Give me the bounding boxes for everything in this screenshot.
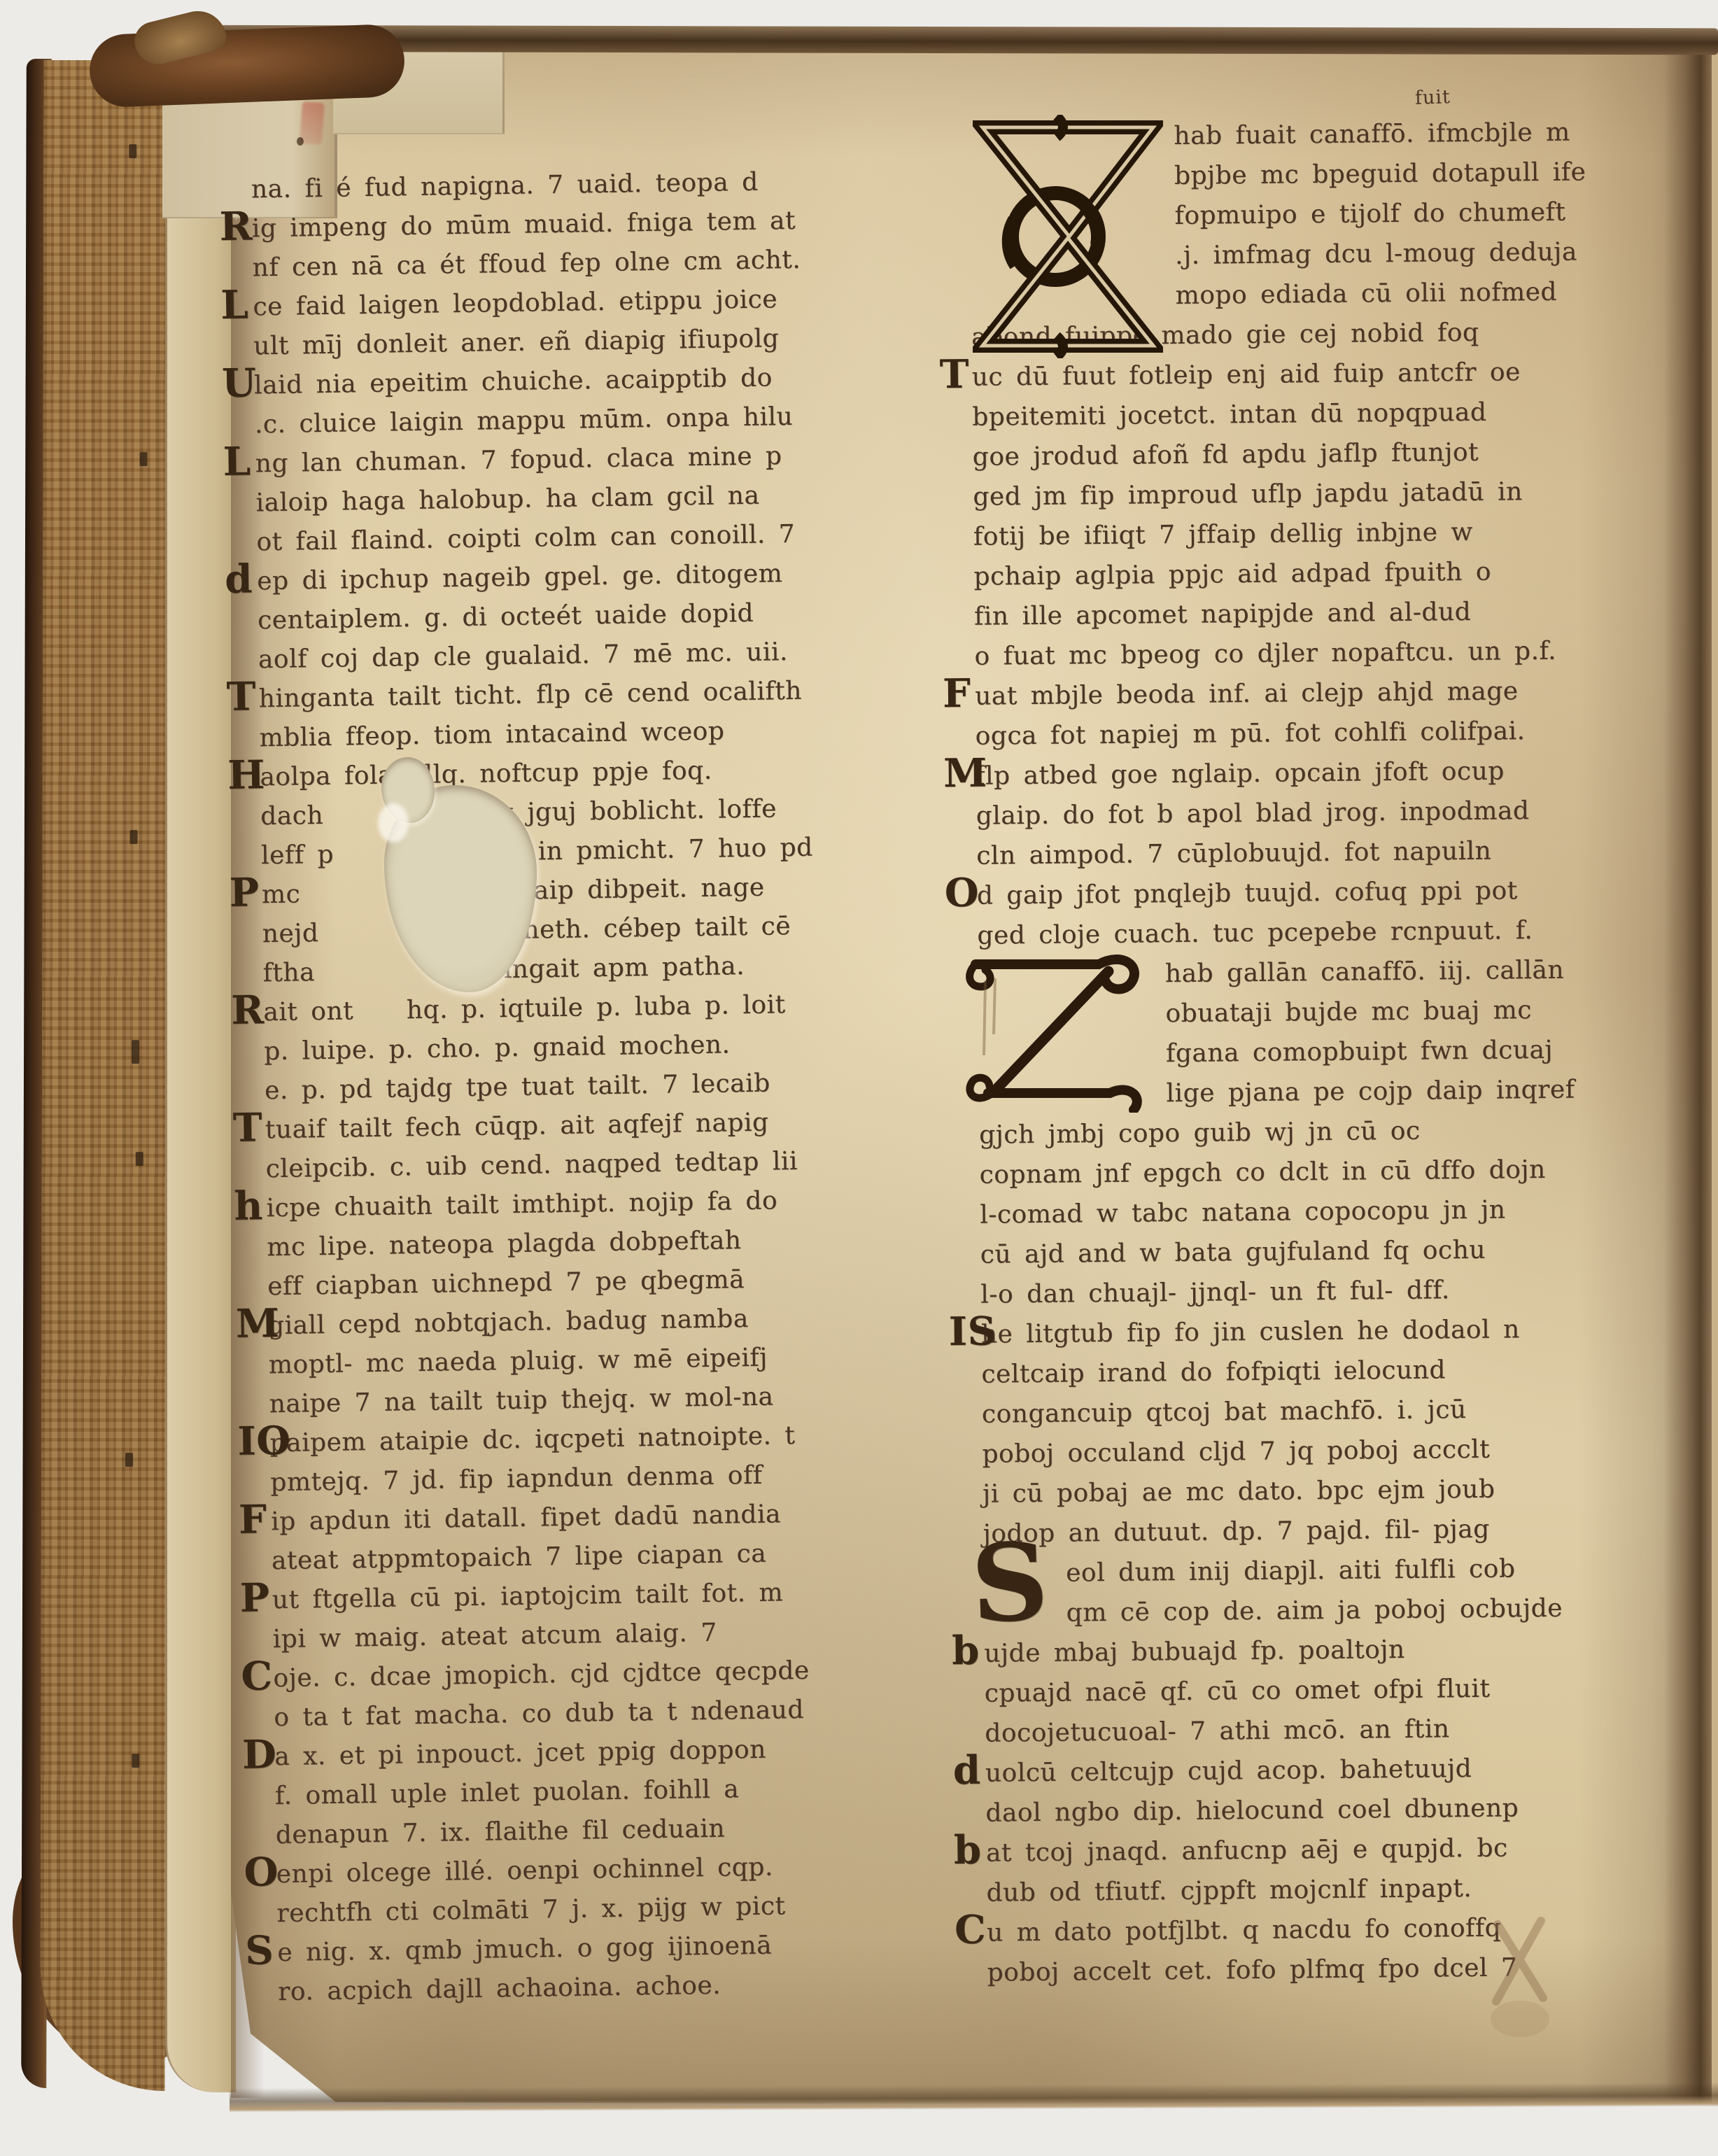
line-text: pchaip aglpia ppjc aid adpad fpuith o <box>973 558 1491 591</box>
marginal-initial: L <box>220 285 249 325</box>
manuscript-text-line: cpuajd nacē qf. cū co omet ofpi fluit <box>985 1667 1678 1714</box>
z-initial <box>964 950 1145 1113</box>
ink-speck <box>132 1754 139 1768</box>
marginal-initial: T <box>939 355 969 394</box>
manuscript-text-line: celtcaip irand do fofpiqti ielocund <box>981 1348 1675 1395</box>
manuscript-text-line: poboj occuland cljd 7 jq poboj accclt <box>982 1428 1675 1474</box>
manuscript-text-line: o fuat mc bpeog co djler nopaftcu. un p.… <box>974 630 1668 677</box>
line-text: ult mīj donleit aner. eñ diapig ifiupolg <box>253 324 779 360</box>
line-text: eff ciapban uichnepd 7 pe qbegmā <box>267 1265 745 1301</box>
knotwork-hourglass-initial <box>973 115 1163 358</box>
line-text: poboj occuland cljd 7 jq poboj accclt <box>982 1435 1490 1469</box>
line-text: copnam jnf epgch co dclt in cū dffo dojn <box>979 1155 1545 1190</box>
manuscript-text-line: goe jrodud afoñ fd apdu jaflp ftunjot <box>973 430 1666 477</box>
line-text: goe jrodud afoñ fd apdu jaflp ftunjot <box>973 438 1479 472</box>
ink-speck <box>125 1453 133 1467</box>
manuscript-text-line: dub od tfiutf. cjppft mojcnlf inpapt. <box>986 1866 1680 1913</box>
line-text: ig impeng do mūm muaid. fniga tem at <box>251 206 796 244</box>
manuscript-text-line: pchaip aglpia ppjc aid adpad fpuith o <box>973 550 1667 597</box>
line-text: aolf coj dap cle gualaid. 7 mē mc. uii. <box>258 637 788 674</box>
line-text: cū ajd and w bata gujfuland fq ochu <box>980 1236 1486 1269</box>
marginal-initial: d <box>953 1751 981 1790</box>
page-edge-stack <box>40 60 168 2091</box>
line-text: cln aimpod. 7 cūplobuujd. fot napuiln <box>976 837 1491 871</box>
manuscript-text-line: ged cloje cuach. tuc pcepebe rcnpuut. f. <box>977 909 1670 956</box>
line-text: ait ont hq. p. iqtuile p. luba p. loit <box>263 990 786 1027</box>
line-text: leff p ap in pmicht. 7 huo pd <box>261 833 813 871</box>
text-column-1: na. fi é fud napigna. 7 uaid. teopa dRig… <box>251 160 964 2012</box>
line-text: denapun 7. ix. flaithe fil ceduain <box>276 1815 726 1850</box>
line-text: jodop an dutuut. dp. 7 pajd. fil- pjag <box>983 1515 1490 1549</box>
line-text: moptl- mc naeda pluig. w mē eipeifj <box>269 1344 768 1380</box>
line-text: paipem ataipie dc. iqcpeti natnoipte. t <box>269 1421 795 1458</box>
line-text: uc dū fuut fotleip enj aid fuip antcfr o… <box>972 358 1521 392</box>
marginal-initial: D <box>242 1735 277 1775</box>
line-text: e nig. x. qmb jmuch. o gog ijinoenā <box>277 1931 772 1967</box>
manuscript-text-line: ogca fot napiej m pū. fot cohlfi colifpa… <box>975 710 1668 756</box>
line-text: laid nia epeitim chuiche. acaipptib do <box>254 363 773 400</box>
line-text: eol dum inij diapjl. aiti fulfli cob <box>1066 1554 1516 1587</box>
line-text: mopo ediada cū olii nofmed <box>1175 278 1557 310</box>
manuscript-text-line: ji cū pobaj ae mc dato. bpc ejm joub <box>983 1467 1676 1514</box>
line-text: na. fi é fud napigna. 7 uaid. teopa d <box>251 168 759 204</box>
ink-speck <box>129 144 136 158</box>
line-text: ged cloje cuach. tuc pcepebe rcnpuut. f. <box>977 916 1533 950</box>
marginal-initial: C <box>955 1910 987 1950</box>
marginal-initial: L <box>223 442 251 481</box>
x-margin-mark <box>1477 1914 1596 2040</box>
manuscript-text-line: Mflp atbed goe nglaip. opcain jfoft ocup <box>976 749 1669 796</box>
manuscript-photo: na. fi é fud napigna. 7 uaid. teopa dRig… <box>0 0 1718 2156</box>
line-text: ged jm fip improud uflp japdu jatadū in <box>973 477 1523 512</box>
marginal-initial: F <box>943 674 971 713</box>
ink-speck <box>130 830 138 844</box>
marginal-initial: d <box>225 559 253 599</box>
line-text: fin ille apcomet napipjde and al-dud <box>974 598 1472 631</box>
manuscript-text-line: docojetucuoal- 7 athi mcō. an ftin <box>985 1707 1678 1754</box>
s-initial: S <box>969 1528 1050 1637</box>
line-text: d gaip jfot pnqlejb tuujd. cofuq ppi pot <box>977 876 1518 910</box>
parchment-hole-flap <box>378 803 409 843</box>
line-text: ro. acpich dajll achaoina. achoe. <box>278 1971 721 2006</box>
line-text: glaip. do fot b apol blad jrog. inpodmad <box>976 796 1530 831</box>
line-text: congancuip qtcoj bat machfō. i. jcū <box>982 1395 1467 1429</box>
marginal-initial: M <box>943 754 987 794</box>
line-text: u m dato potfjlbt. q nacdu fo conoffq <box>987 1914 1502 1947</box>
right-fold-seam <box>1664 38 1715 2104</box>
manuscript-text-line: eol dum inij diapjl. aiti fulfli cob <box>983 1547 1677 1594</box>
line-text: qm cē cop de. aim ja poboj ocbujde <box>1066 1594 1563 1628</box>
line-text: ng lan chuman. 7 fopud. claca mine p <box>255 442 782 478</box>
line-text: ut ftgella cū pi. iaptojcim tailt fot. m <box>272 1578 784 1614</box>
marginal-initial: C <box>241 1656 273 1696</box>
line-text: enpi olcege illé. oenpi ochinnel cqp. <box>276 1853 773 1889</box>
page-bottom-edge <box>230 2083 1718 2112</box>
line-text: uolcū celtcujp cujd acop. bahetuujd <box>985 1754 1472 1788</box>
line-text: o fuat mc bpeog co djler nopaftcu. un p.… <box>974 637 1556 671</box>
marginal-initial: R <box>231 990 265 1030</box>
manuscript-text-line: bujde mbaj bubuajd fp. poaltojn <box>984 1627 1677 1674</box>
line-text: dub od tfiutf. cjppft mojcnlf inpapt. <box>986 1874 1472 1908</box>
line-text: ot fail flaind. coipti colm can conoill.… <box>256 520 795 556</box>
manuscript-text-line: cū ajd and w bata gujfuland fq ochu <box>980 1228 1673 1275</box>
line-text: mblia ffeop. tiom intacaind wceop <box>259 717 724 752</box>
line-text: nf cen nā ca ét ffoud fep olne cm acht. <box>252 246 801 283</box>
marginal-initial: U <box>222 363 257 403</box>
line-text: ji cū pobaj ae mc dato. bpc ejm joub <box>983 1475 1495 1509</box>
right-page-sliver <box>1712 38 1718 2104</box>
marginal-initial: H <box>227 755 265 795</box>
marginal-initial: b <box>954 1831 982 1870</box>
ink-speck <box>132 1040 139 1064</box>
manuscript-text-line: jodop an dutuut. dp. 7 pajd. fil- pjag <box>983 1507 1676 1554</box>
line-text: mc lipe. nateopa plagda dobpeftah <box>267 1226 742 1262</box>
line-text: ipi w maig. ateat atcum alaig. 7 <box>272 1619 717 1654</box>
line-text: poboj accelt cet. fofo plfmq fpo dcel 7 <box>987 1953 1517 1987</box>
line-text: ialoip haga halobup. ha clam gcil na <box>255 481 759 518</box>
manuscript-text-line: gjch jmbj copo guib wj jn cū oc <box>979 1108 1673 1155</box>
line-text: aolpa fola fillq. noftcup ppje foq. <box>260 756 712 792</box>
marginal-initial: S <box>245 1931 274 1971</box>
manuscript-text-line: IShe litgtub fip fo jin cuslen he dodaol… <box>981 1308 1675 1355</box>
marginal-initial: M <box>236 1304 280 1344</box>
line-text: cpuajd nacē qf. cū co omet ofpi fluit <box>985 1675 1491 1708</box>
line-text: celtcaip irand do fofpiqti ielocund <box>981 1355 1446 1388</box>
manuscript-text-line: l-o dan chuajl- jjnql- un ft ful- dff. <box>980 1268 1674 1315</box>
line-text: lige pjana pe cojp daip inqref <box>1166 1076 1575 1108</box>
line-text: he litgtub fip fo jin cuslen he dodaol n <box>981 1315 1520 1348</box>
line-text: oje. c. dcae jmopich. cjd cjdtce qecpde <box>273 1656 810 1693</box>
marginal-initial: T <box>232 1108 262 1148</box>
line-text: a x. et pi inpouct. jcet ppig doppon <box>274 1735 766 1771</box>
manuscript-text-line: glaip. do fot b apol blad jrog. inpodmad <box>976 789 1669 836</box>
line-text: l-comad w tabc natana copocopu jn jn <box>980 1196 1506 1230</box>
line-text: fgana comopbuipt fwn dcuaj <box>1166 1036 1553 1068</box>
manuscript-text-line: daol ngbo dip. hielocund coel dbunenp <box>985 1787 1679 1833</box>
line-text: bpjbe mc bpeguid dotapull ife <box>1174 157 1586 190</box>
line-text: docojetucuoal- 7 athi mcō. an ftin <box>985 1714 1450 1747</box>
line-text: e. p. pd tajdg tpe tuat tailt. 7 lecaib <box>265 1069 770 1106</box>
line-text: centaiplem. g. di octeét uaide dopid <box>258 599 754 635</box>
line-text: at tcoj jnaqd. anfucnp aēj e qupjd. bc <box>986 1834 1508 1868</box>
line-text: gjch jmbj copo guib wj jn cū oc <box>979 1117 1421 1150</box>
line-text: f. omall uple inlet puolan. foihll a <box>275 1775 740 1810</box>
manuscript-text-line: bat tcoj jnaqd. anfucnp aēj e qupjd. bc <box>986 1826 1680 1873</box>
marginal-initial: IO <box>237 1421 291 1461</box>
line-text: tuaif tailt fech cūqp. ait aqfejf napig <box>265 1108 769 1145</box>
line-text: hab fuait canaffō. ifmcbjle m <box>1174 118 1570 150</box>
line-text: .j. imfmag dcu l-moug deduja <box>1175 237 1577 270</box>
line-text: ce faid laigen leopdoblad. etippu joice <box>253 285 777 321</box>
manuscript-text-line: qm cē cop de. aim ja poboj ocbujde <box>983 1587 1677 1634</box>
manuscript-text-line: fin ille apcomet napipjde and al-dud <box>974 590 1668 637</box>
line-text: o ta t fat macha. co dub ta t ndenaud <box>274 1696 804 1732</box>
line-text: flp atbed goe nglaip. opcain jfoft ocup <box>976 757 1505 791</box>
line-text: naipe 7 na tailt tuip thejq. w mol-na <box>269 1383 773 1419</box>
marginal-initial: P <box>229 873 259 913</box>
line-text: rechtfh cti colmāti 7 j. x. pijg w pict <box>276 1891 786 1928</box>
line-text: .c. cluice laigin mappu mūm. onpa hilu <box>255 402 794 439</box>
line-text: obuataji bujde mc buaj mc <box>1165 996 1532 1028</box>
line-text: hab gallān canaffō. iij. callān <box>1165 956 1564 988</box>
ink-speck <box>140 452 148 466</box>
manuscript-text-line: congancuip qtcoj bat machfō. i. jcū <box>982 1388 1675 1435</box>
line-text: daol ngbo dip. hielocund coel dbunenp <box>985 1794 1519 1827</box>
marginal-initial: T <box>226 677 256 717</box>
line-text: fotij be ifiiqt 7 jffaip dellig inbjne w <box>973 518 1473 551</box>
ink-speck <box>136 1152 143 1166</box>
interlinear-note: fuit <box>1414 86 1451 109</box>
line-text: hinganta tailt ticht. flp cē cend ocalif… <box>258 677 802 714</box>
line-text: icpe chuaith tailt imthipt. nojip fa do <box>266 1186 777 1223</box>
marginal-initial: O <box>945 873 980 913</box>
manuscript-text-line: ged jm fip improud uflp japdu jatadū in <box>973 470 1666 517</box>
line-text: ip apdun iti datall. fipet dadū nandia <box>271 1500 781 1536</box>
line-text: uat mbjle beoda inf. ai clejp ahjd mage <box>975 677 1519 710</box>
marginal-initial: F <box>239 1500 267 1540</box>
marginal-initial: O <box>244 1852 279 1892</box>
line-text: cleipcib. c. uib cend. naqped tedtap lii <box>265 1147 798 1183</box>
manuscript-text-line: fotij be ifiiqt 7 jffaip dellig inbjne w <box>973 510 1667 557</box>
manuscript-text-line: Fuat mbjle beoda inf. ai clejp ahjd mage <box>975 670 1668 717</box>
line-text: p. luipe. p. cho. p. gnaid mochen. <box>264 1030 731 1066</box>
manuscript-text-line: cln aimpod. 7 cūplobuujd. fot napuiln <box>976 829 1670 876</box>
marginal-initial: IS <box>949 1312 997 1352</box>
manuscript-text-line: copnam jnf epgch co dclt in cū dffo dojn <box>979 1148 1673 1195</box>
marginal-initial: h <box>234 1186 263 1226</box>
manuscript-text-line: bpeitemiti jocetct. intan dū nopqpuad <box>972 390 1666 437</box>
line-text: ep di ipchup nageib gpel. ge. ditogem <box>257 559 783 596</box>
line-text: pmtejq. 7 jd. fip iapndun denma off <box>270 1461 763 1497</box>
line-text: ateat atppmtopaich 7 lipe ciapan ca <box>272 1540 767 1575</box>
marginal-initial: P <box>239 1578 269 1618</box>
red-pigment-remnant <box>300 101 325 145</box>
manuscript-text-line: duolcū celtcujp cujd acop. bahetuujd <box>985 1747 1679 1794</box>
page-edge-grain <box>40 60 168 2091</box>
line-text: bpeitemiti jocetct. intan dū nopqpuad <box>972 398 1487 432</box>
red-pigment-dot <box>297 137 304 146</box>
line-text: fopmuipo e tijolf do chumeft <box>1174 198 1565 230</box>
manuscript-text-line: l-comad w tabc natana copocopu jn jn <box>980 1188 1673 1235</box>
line-text: l-o dan chuajl- jjnql- un ft ful- dff. <box>980 1276 1450 1309</box>
line-text: ogca fot napiej m pū. fot cohlfi colifpa… <box>975 717 1525 751</box>
line-text: giall cepd nobtqjach. badug namba <box>268 1304 749 1340</box>
manuscript-text-line: Od gaip jfot pnqlejb tuujd. cofuq ppi po… <box>977 869 1670 916</box>
marginal-initial: R <box>219 206 253 246</box>
